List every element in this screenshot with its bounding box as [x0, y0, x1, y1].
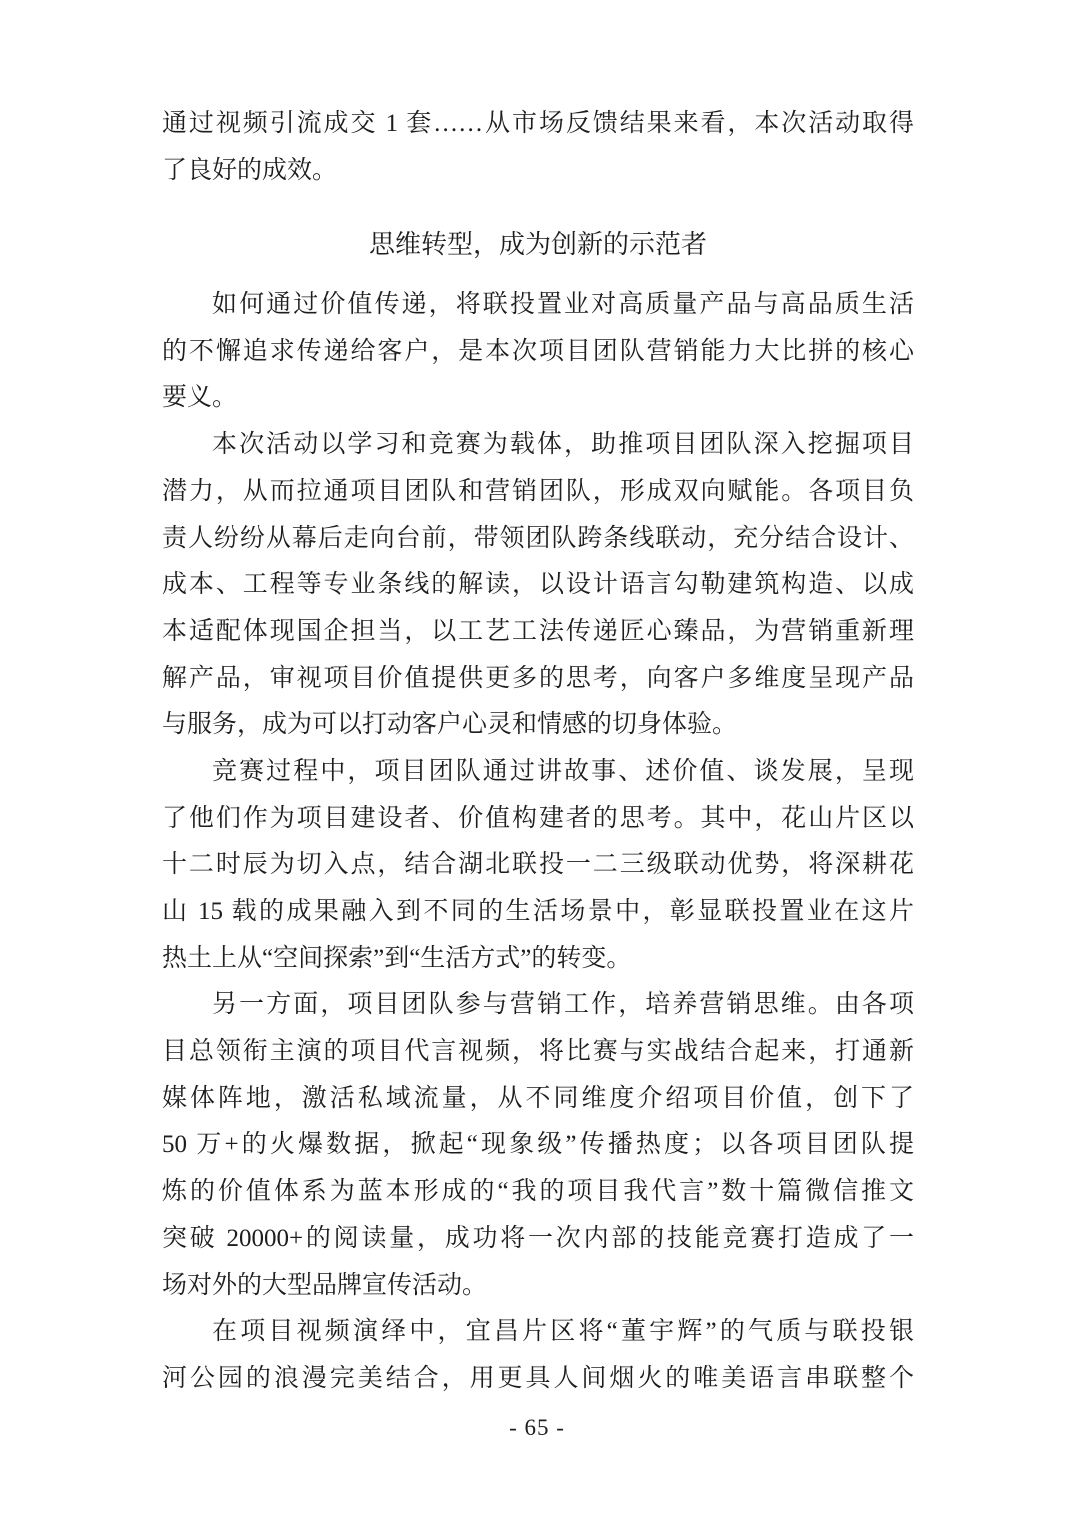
text-line: 山 15 载的成果融入到不同的生活场景中，彰显联投置业在这片: [162, 889, 914, 936]
text-line: 河公园的浪漫完美结合，用更具人间烟火的唯美语言串联整个: [162, 1356, 914, 1403]
text-line: 目总领衔主演的项目代言视频，将比赛与实战结合起来，打通新: [162, 1029, 914, 1076]
text-line: 与服务，成为可以打动客户心灵和情感的切身体验。: [162, 702, 914, 749]
text-line: 场对外的大型品牌宣传活动。: [162, 1263, 914, 1310]
section-heading: 思维转型，成为创新的示范者: [162, 222, 914, 269]
text-line: 通过视频引流成交 1 套……从市场反馈结果来看，本次活动取得: [162, 101, 914, 148]
text-line: 十二时辰为切入点，结合湖北联投一二三级联动优势，将深耕花: [162, 842, 914, 889]
text-line: 另一方面，项目团队参与营销工作，培养营销思维。由各项: [162, 982, 914, 1029]
text-line: 本适配体现国企担当，以工艺工法传递匠心臻品，为营销重新理: [162, 609, 914, 656]
text-line: 成本、工程等专业条线的解读，以设计语言勾勒建筑构造、以成: [162, 562, 914, 609]
text-line: 要义。: [162, 375, 914, 422]
text-line: 本次活动以学习和竞赛为载体，助推项目团队深入挖掘项目: [162, 422, 914, 469]
document-body: 通过视频引流成交 1 套……从市场反馈结果来看，本次活动取得 了良好的成效。 思…: [162, 0, 914, 1403]
text-line: 责人纷纷从幕后走向台前，带领团队跨条线联动，充分结合设计、: [162, 516, 914, 563]
text-line: 了良好的成效。: [162, 148, 914, 195]
text-line: 炼的价值体系为蓝本形成的“我的项目我代言”数十篇微信推文: [162, 1169, 914, 1216]
text-line: 热土上从“空间探索”到“生活方式”的转变。: [162, 936, 914, 983]
text-line: 突破 20000+的阅读量，成功将一次内部的技能竞赛打造成了一: [162, 1216, 914, 1263]
text-line: 竞赛过程中，项目团队通过讲故事、述价值、谈发展，呈现: [162, 749, 914, 796]
text-line: 的不懈追求传递给客户，是本次项目团队营销能力大比拼的核心: [162, 329, 914, 376]
text-line: 潜力，从而拉通项目团队和营销团队，形成双向赋能。各项目负: [162, 469, 914, 516]
document-page: 通过视频引流成交 1 套……从市场反馈结果来看，本次活动取得 了良好的成效。 思…: [0, 0, 1074, 1520]
text-line: 如何通过价值传递，将联投置业对高质量产品与高品质生活: [162, 282, 914, 329]
text-line: 了他们作为项目建设者、价值构建者的思考。其中，花山片区以: [162, 796, 914, 843]
text-line: 在项目视频演绎中，宜昌片区将“董宇辉”的气质与联投银: [162, 1309, 914, 1356]
text-line: 媒体阵地，激活私域流量，从不同维度介绍项目价值，创下了: [162, 1076, 914, 1123]
text-line: 50 万+的火爆数据，掀起“现象级”传播热度；以各项目团队提: [162, 1122, 914, 1169]
page-number: - 65 -: [0, 1412, 1074, 1444]
text-line: 解产品，审视项目价值提供更多的思考，向客户多维度呈现产品: [162, 656, 914, 703]
